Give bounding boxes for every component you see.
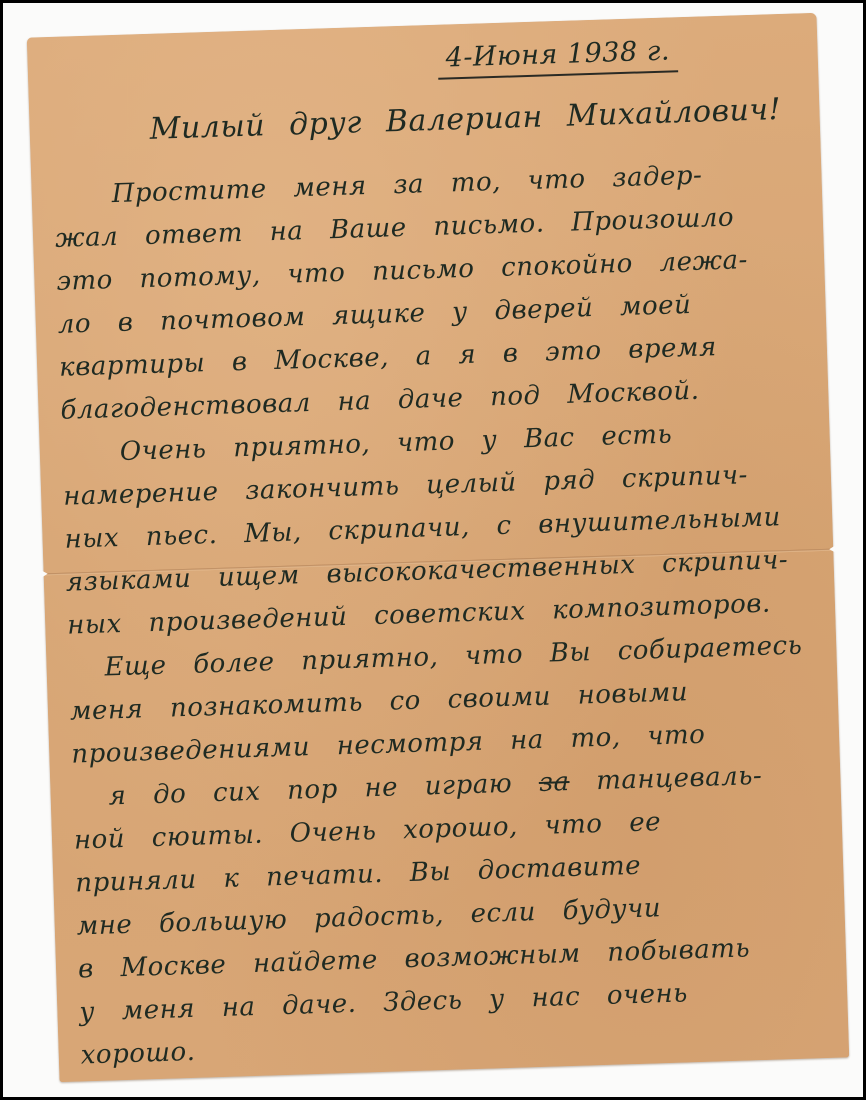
letter-paper: 4-Июня 1938 г. Милый друг Валериан Михай…	[27, 13, 849, 1082]
image-frame: 4-Июня 1938 г. Милый друг Валериан Михай…	[3, 3, 863, 1097]
letter-greeting: Милый друг Валериан Михайлович!	[149, 92, 781, 147]
letter-body: Простите меня за то, что задер- жал отве…	[53, 151, 841, 1077]
fold-notch-right	[829, 546, 835, 553]
letter-date: 4-Июня 1938 г.	[437, 35, 678, 80]
fold-notch-left	[42, 570, 48, 577]
struck-word: за	[538, 767, 570, 798]
